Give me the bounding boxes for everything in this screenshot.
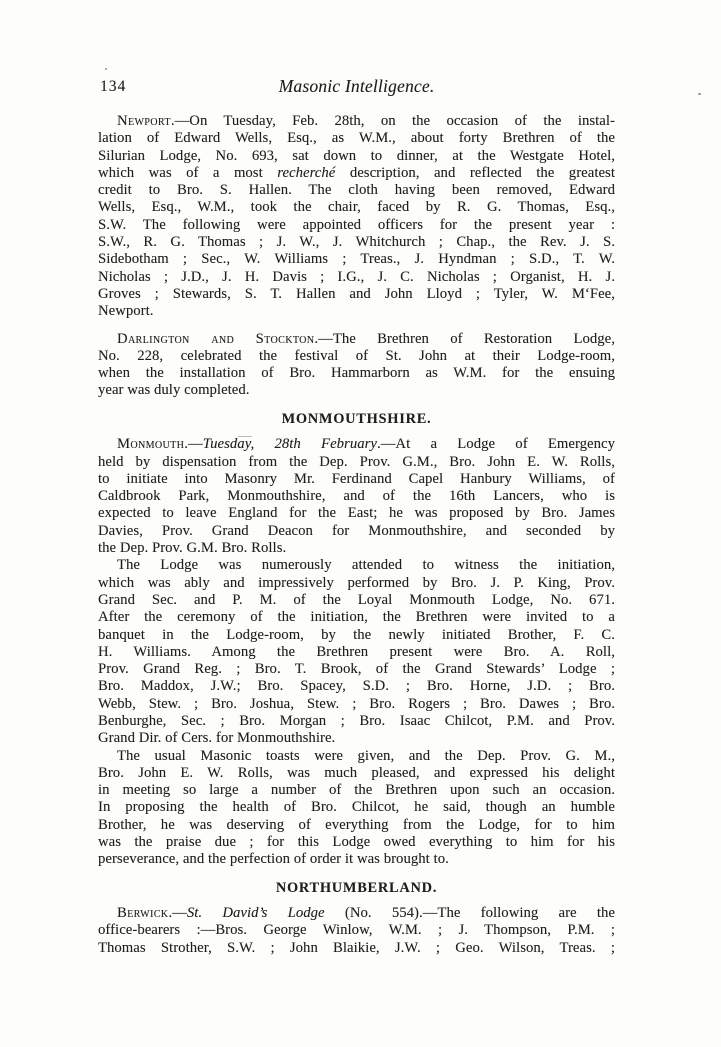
running-title: Masonic Intelligence. [98, 76, 615, 97]
text-segment: Webb, Stew. ; Bro. Joshua, Stew. ; Bro. … [98, 696, 615, 712]
text-line: Grand Dir. of Cers. for Monmouthshire. [98, 730, 615, 747]
text-line: which was of a most recherché descriptio… [98, 165, 615, 182]
text-segment: Silurian Lodge, No. 693, sat down to din… [98, 148, 615, 164]
text-segment: Prov. Grand Reg. ; Bro. T. Brook, of the… [98, 661, 615, 677]
text-segment: S.W. The following were appointed office… [98, 217, 615, 233]
text-segment: In proposing the health of Bro. Chilcot,… [98, 799, 615, 815]
text-segment: Thomas Strother, S.W. ; John Blaikie, J.… [98, 940, 615, 956]
text-segment: Sidebotham ; Sec., W. Williams ; Treas.,… [98, 251, 615, 267]
text-line: Monmouth.—Tuesday, 28th February.—At a L… [98, 436, 615, 453]
text-segment: Newport. [98, 303, 154, 319]
text-segment: .—On Tuesday, Feb. 28th, on the occasion… [171, 113, 615, 129]
text-line: Prov. Grand Reg. ; Bro. T. Brook, of the… [98, 661, 615, 678]
text-line: Bro. Maddox, J.W.; Bro. Spacey, S.D. ; B… [98, 678, 615, 695]
text-segment: The Lodge was numerously attended to wit… [117, 557, 615, 573]
text-segment: The usual Masonic toasts were given, and… [117, 748, 615, 764]
text-segment: Newport [117, 113, 171, 129]
text-line: banquet in the Lodge-room, by the newly … [98, 627, 615, 644]
text-line: to initiate into Masonry Mr. Ferdinand C… [98, 471, 615, 488]
text-segment: Caldbrook Park, Monmouthshire, and of th… [98, 488, 615, 504]
text-line: Nicholas ; J.D., J. H. Davis ; I.G., J. … [98, 269, 615, 286]
page-body: Newport.—On Tuesday, Feb. 28th, on the o… [98, 113, 615, 957]
text-segment: .—The Brethren of Restoration Lodge, [314, 331, 615, 347]
text-segment: .— [168, 905, 186, 921]
text-segment: description, and reflected the greatest [335, 165, 615, 181]
text-line: Wells, Esq., W.M., took the chair, faced… [98, 199, 615, 216]
text-line: credit to Bro. S. Hallen. The cloth havi… [98, 182, 615, 199]
text-line: After the ceremony of the initiation, th… [98, 609, 615, 626]
text-line: Darlington and Stockton.—The Brethren of… [98, 331, 615, 348]
text-line: year was duly completed. [98, 382, 615, 399]
text-segment: the Dep. Prov. G.M. Bro. Rolls. [98, 540, 286, 556]
text-segment: .—At a Lodge of Emergency [377, 436, 615, 452]
text-segment: Davies, Prov. Grand Deacon for Monmouths… [98, 523, 615, 539]
text-segment: Bro. Maddox, J.W.; Bro. Spacey, S.D. ; B… [98, 678, 615, 694]
paragraph-monmouth: Monmouth.—Tuesday, 28th February.—At a L… [98, 436, 615, 557]
text-segment: (No. 554).—The following are the [325, 905, 615, 921]
text-segment: Monmouth [117, 436, 184, 452]
text-line: Benburghe, Sec. ; Bro. Morgan ; Bro. Isa… [98, 713, 615, 730]
paragraph-monmouth-lodge: The Lodge was numerously attended to wit… [98, 557, 615, 747]
text-line: S.W., R. G. Thomas ; J. W., J. Whitchurc… [98, 234, 615, 251]
text-line: Newport.—On Tuesday, Feb. 28th, on the o… [98, 113, 615, 130]
text-line: was the praise due ; for this Lodge owed… [98, 834, 615, 851]
text-line: perseverance, and the perfection of orde… [98, 851, 615, 868]
text-line: in meeting so large a number of the Bret… [98, 782, 615, 799]
text-segment: which was of a most [98, 165, 277, 181]
text-segment: when the installation of Bro. Hammarborn… [98, 365, 615, 381]
section-heading: MONMOUTHSHIRE. [98, 411, 615, 429]
text-segment: S.W., R. G. Thomas ; J. W., J. Whitchurc… [98, 234, 615, 250]
text-segment: recherché [277, 165, 335, 181]
text-segment: Groves ; Stewards, S. T. Hallen and John… [98, 286, 615, 302]
text-line: lation of Edward Wells, Esq., as W.M., a… [98, 130, 615, 147]
text-line: Groves ; Stewards, S. T. Hallen and John… [98, 286, 615, 303]
text-segment: Tuesday, 28th February [203, 436, 377, 452]
text-segment: which was ably and impressively performe… [98, 575, 615, 591]
text-line: which was ably and impressively performe… [98, 575, 615, 592]
text-line: Davies, Prov. Grand Deacon for Monmouths… [98, 523, 615, 540]
page-header: 134 Masonic Intelligence. [98, 76, 615, 98]
ink-speck [698, 93, 701, 95]
text-line: No. 228, celebrated the festival of St. … [98, 348, 615, 365]
text-segment: was the praise due ; for this Lodge owed… [98, 834, 615, 850]
text-segment: held by dispensation from the Dep. Prov.… [98, 454, 615, 470]
text-line: Grand Sec. and P. M. of the Loyal Monmou… [98, 592, 615, 609]
paragraph-newport: Newport.—On Tuesday, Feb. 28th, on the o… [98, 113, 615, 321]
paragraph-monmouth-toasts: The usual Masonic toasts were given, and… [98, 748, 615, 869]
text-line: The Lodge was numerously attended to wit… [98, 557, 615, 574]
text-segment: Grand Sec. and P. M. of the Loyal Monmou… [98, 592, 615, 608]
text-segment: No. 228, celebrated the festival of St. … [98, 348, 615, 364]
text-line: Newport. [98, 303, 615, 320]
text-line: In proposing the health of Bro. Chilcot,… [98, 799, 615, 816]
text-segment: banquet in the Lodge-room, by the newly … [98, 627, 615, 643]
text-line: the Dep. Prov. G.M. Bro. Rolls. [98, 540, 615, 557]
text-line: Thomas Strother, S.W. ; John Blaikie, J.… [98, 940, 615, 957]
text-segment: Wells, Esq., W.M., took the chair, faced… [98, 199, 615, 215]
text-segment: perseverance, and the perfection of orde… [98, 851, 449, 867]
text-segment: H. Williams. Among the Brethren present … [98, 644, 615, 660]
text-line: Bro. John E. W. Rolls, was much pleased,… [98, 765, 615, 782]
paragraph-darlington-stockton: Darlington and Stockton.—The Brethren of… [98, 331, 615, 400]
section-heading: NORTHUMBERLAND. [98, 880, 615, 898]
text-segment: Berwick [117, 905, 168, 921]
text-line: when the installation of Bro. Hammarborn… [98, 365, 615, 382]
text-segment: office-bearers :—Bros. George Winlow, W.… [98, 922, 615, 938]
text-segment: Bro. John E. W. Rolls, was much pleased,… [98, 765, 615, 781]
text-line: Caldbrook Park, Monmouthshire, and of th… [98, 488, 615, 505]
text-line: held by dispensation from the Dep. Prov.… [98, 454, 615, 471]
text-segment: Brother, he was deserving of everything … [98, 817, 615, 833]
text-segment: Grand Dir. of Cers. for Monmouthshire. [98, 730, 335, 746]
text-line: Berwick.—St. David’s Lodge (No. 554).—Th… [98, 905, 615, 922]
text-segment: credit to Bro. S. Hallen. The cloth havi… [98, 182, 615, 198]
text-line: Webb, Stew. ; Bro. Joshua, Stew. ; Bro. … [98, 696, 615, 713]
text-segment: year was duly completed. [98, 382, 250, 398]
text-segment: .— [184, 436, 202, 452]
scanned-page: 134 Masonic Intelligence. Newport.—On Tu… [0, 0, 721, 1047]
text-line: office-bearers :—Bros. George Winlow, W.… [98, 922, 615, 939]
text-line: Brother, he was deserving of everything … [98, 817, 615, 834]
text-segment: lation of Edward Wells, Esq., as W.M., a… [98, 130, 615, 146]
text-segment: expected to leave England for the East; … [98, 505, 615, 521]
text-segment: Nicholas ; J.D., J. H. Davis ; I.G., J. … [98, 269, 615, 285]
text-segment: to initiate into Masonry Mr. Ferdinand C… [98, 471, 615, 487]
paragraph-berwick: Berwick.—St. David’s Lodge (No. 554).—Th… [98, 905, 615, 957]
text-segment: St. David’s Lodge [187, 905, 325, 921]
text-segment: Benburghe, Sec. ; Bro. Morgan ; Bro. Isa… [98, 713, 615, 729]
ink-speck [105, 68, 107, 70]
text-segment: in meeting so large a number of the Bret… [98, 782, 615, 798]
text-segment: After the ceremony of the initiation, th… [98, 609, 615, 625]
text-line: Silurian Lodge, No. 693, sat down to din… [98, 148, 615, 165]
text-segment: Darlington and Stockton [117, 331, 314, 347]
text-line: H. Williams. Among the Brethren present … [98, 644, 615, 661]
text-line: Sidebotham ; Sec., W. Williams ; Treas.,… [98, 251, 615, 268]
text-line: The usual Masonic toasts were given, and… [98, 748, 615, 765]
text-line: S.W. The following were appointed office… [98, 217, 615, 234]
text-line: expected to leave England for the East; … [98, 505, 615, 522]
